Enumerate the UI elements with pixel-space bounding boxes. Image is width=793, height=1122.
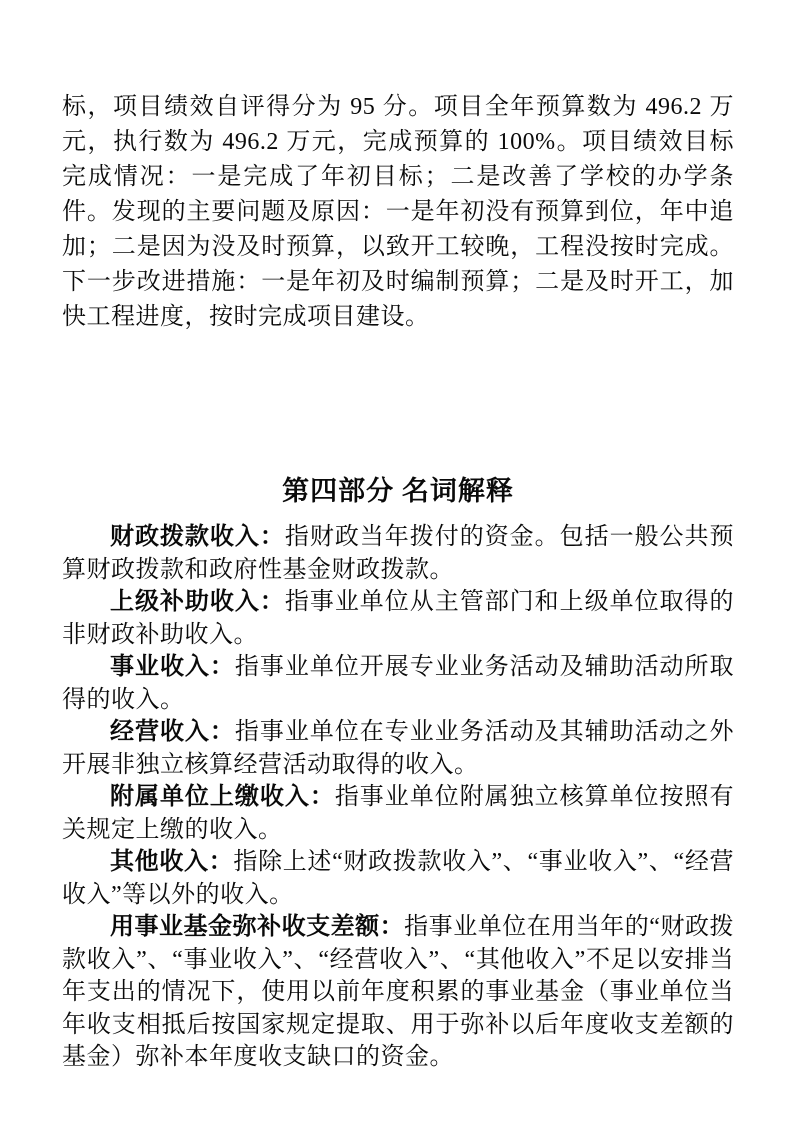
definition-term: 附属单位上缴收入：	[110, 784, 335, 810]
definition-term: 上级补助收入：	[110, 589, 285, 615]
definition-paragraph-affiliated-unit-remittance-income: 附属单位上缴收入：指事业单位附属独立核算单位按照有关规定上缴的收入。	[62, 781, 734, 846]
definition-paragraph-operational-income: 事业收入：指事业单位开展专业业务活动及辅助活动所取得的收入。	[62, 651, 734, 716]
definition-paragraph-superior-subsidy-income: 上级补助收入：指事业单位从主管部门和上级单位取得的非财政补助收入。	[62, 586, 734, 651]
definition-term: 用事业基金弥补收支差额：	[110, 914, 404, 940]
definition-term: 财政拨款收入：	[110, 524, 285, 550]
definition-term: 经营收入：	[110, 719, 235, 745]
definition-term: 其他收入：	[110, 849, 233, 875]
definition-paragraph-business-income: 经营收入：指事业单位在专业业务活动及其辅助活动之外开展非独立核算经营活动取得的收…	[62, 716, 734, 781]
definition-paragraph-fund-deficit-coverage: 用事业基金弥补收支差额：指事业单位在用当年的“财政拨款收入”、“事业收入”、“经…	[62, 911, 734, 1074]
definition-paragraph-fiscal-appropriation-income: 财政拨款收入：指财政当年拨付的资金。包括一般公共预算财政拨款和政府性基金财政拨款…	[62, 521, 734, 586]
document-page: 标，项目绩效自评得分为 95 分。项目全年预算数为 496.2 万元，执行数为 …	[0, 0, 793, 1122]
paragraph-performance-summary: 标，项目绩效自评得分为 95 分。项目全年预算数为 496.2 万元，执行数为 …	[62, 90, 734, 335]
definition-term: 事业收入：	[110, 654, 235, 680]
section-heading-part4-glossary: 第四部分 名词解释	[62, 471, 734, 511]
definitions-list: 财政拨款收入：指财政当年拨付的资金。包括一般公共预算财政拨款和政府性基金财政拨款…	[62, 521, 734, 1074]
definition-paragraph-other-income: 其他收入：指除上述“财政拨款收入”、“事业收入”、“经营收入”等以外的收入。	[62, 846, 734, 911]
